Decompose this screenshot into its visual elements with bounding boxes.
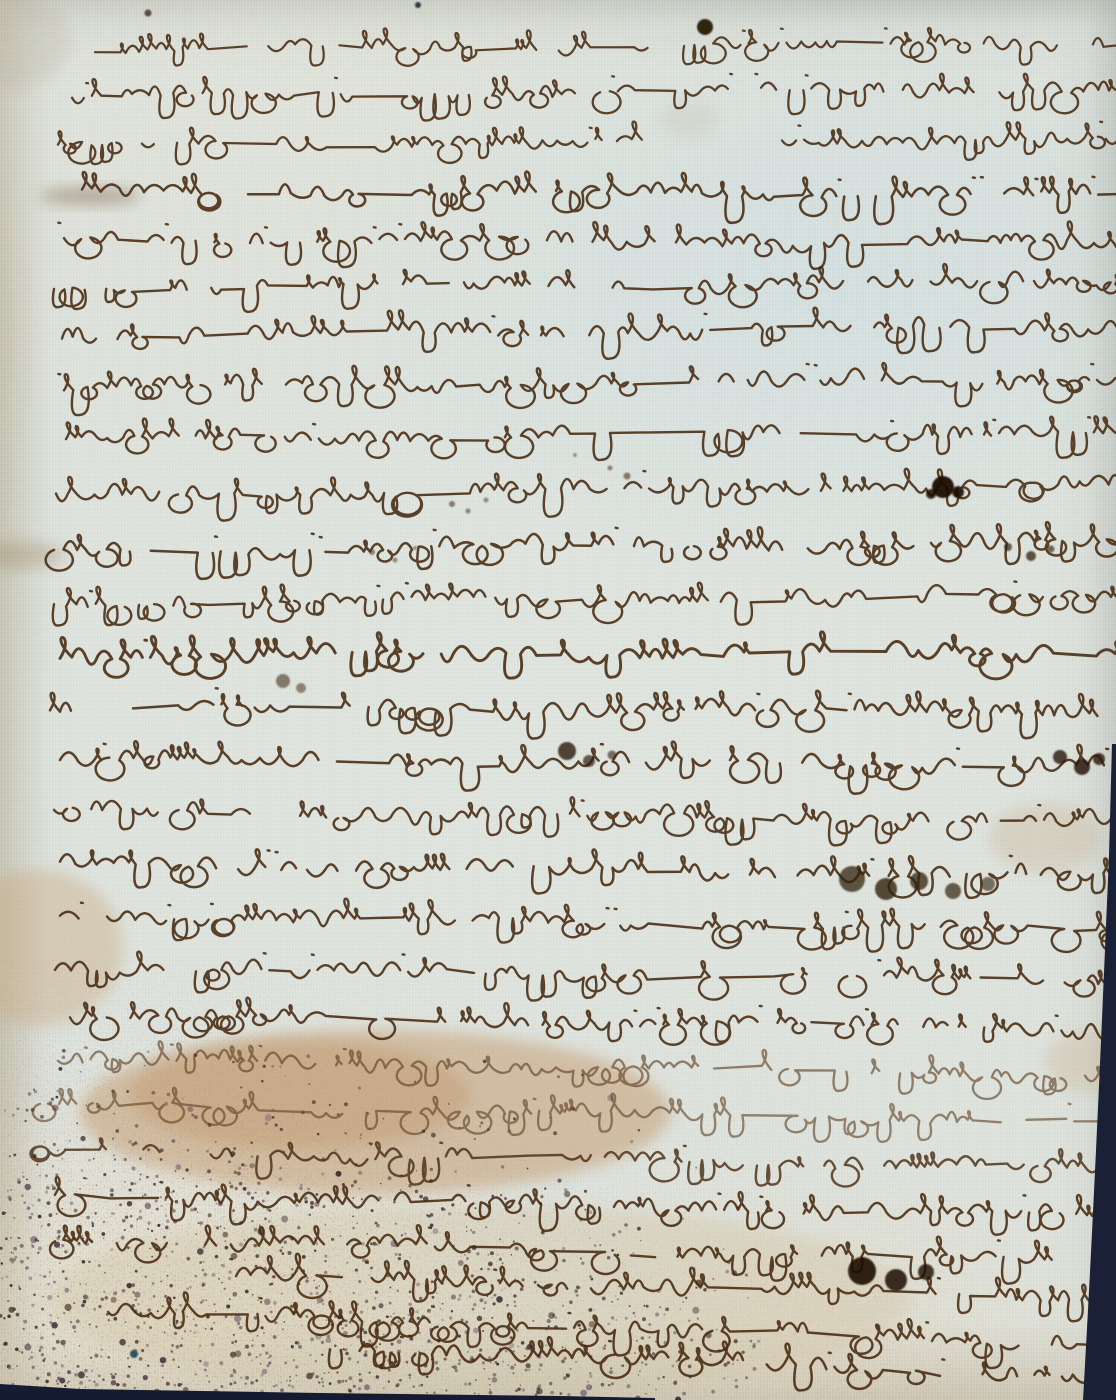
foxing-dot bbox=[342, 1380, 345, 1383]
foxing-dot bbox=[359, 1188, 361, 1190]
foxing-dot bbox=[64, 1385, 66, 1387]
foxing-dot bbox=[388, 1369, 391, 1372]
foxing-dot bbox=[349, 1390, 352, 1393]
foxing-dot bbox=[103, 1291, 104, 1292]
foxing-dot bbox=[197, 1211, 199, 1213]
foxing-dot bbox=[368, 1274, 370, 1276]
foxing-dot bbox=[113, 1155, 115, 1157]
foxing-dot bbox=[435, 1361, 438, 1364]
ink-blot bbox=[484, 498, 489, 503]
foxing-dot bbox=[480, 1122, 483, 1125]
foxing-dot bbox=[636, 1340, 638, 1342]
foxing-dot bbox=[488, 1356, 491, 1359]
foxing-dot bbox=[615, 1295, 616, 1296]
foxing-dot bbox=[161, 1205, 163, 1207]
foxing-dot bbox=[240, 1086, 242, 1088]
foxing-dot bbox=[479, 1125, 481, 1127]
foxing-dot bbox=[321, 1172, 324, 1175]
foxing-dot bbox=[155, 1200, 158, 1203]
foxing-dot bbox=[576, 1285, 580, 1289]
foxing-dot bbox=[553, 1131, 557, 1135]
ink-blot bbox=[558, 742, 576, 760]
foxing-dot bbox=[111, 1212, 114, 1215]
ink-blot bbox=[1093, 753, 1105, 765]
foxing-dot bbox=[143, 1322, 145, 1324]
foxing-dot bbox=[376, 1375, 379, 1378]
foxing-dot bbox=[53, 1143, 56, 1146]
foxing-dot bbox=[416, 1283, 420, 1287]
foxing-dot bbox=[359, 1378, 363, 1382]
foxing-dot bbox=[273, 1385, 275, 1387]
foxing-dot bbox=[146, 1176, 149, 1179]
foxing-dot bbox=[126, 1374, 130, 1378]
foxing-dot bbox=[611, 1301, 613, 1303]
foxing-dot bbox=[373, 1242, 377, 1246]
foxing-dot bbox=[483, 1307, 485, 1309]
foxing-dot bbox=[81, 1304, 85, 1308]
foxing-dot bbox=[685, 1297, 688, 1300]
foxing-dot bbox=[167, 1093, 171, 1097]
foxing-dot bbox=[214, 1225, 215, 1226]
foxing-dot bbox=[44, 1385, 45, 1386]
foxing-dot bbox=[318, 1381, 320, 1383]
foxing-dot bbox=[266, 1191, 269, 1194]
foxing-dot bbox=[9, 1155, 11, 1157]
foxing-dot bbox=[408, 1374, 411, 1377]
foxing-dot bbox=[310, 1205, 313, 1208]
foxing-dot bbox=[153, 1183, 156, 1186]
foxing-dot bbox=[230, 1185, 234, 1189]
foxing-dot bbox=[396, 1290, 398, 1292]
foxing-dot bbox=[128, 1345, 130, 1347]
foxing-dot bbox=[279, 1167, 282, 1170]
foxing-dot bbox=[431, 1280, 434, 1283]
foxing-dot bbox=[22, 1172, 24, 1174]
foxing-dot bbox=[474, 1138, 476, 1140]
foxing-dot bbox=[567, 1393, 570, 1396]
foxing-dot bbox=[345, 1380, 347, 1382]
foxing-dot bbox=[663, 1376, 665, 1378]
foxing-dot bbox=[364, 1353, 368, 1357]
foxing-dot bbox=[562, 1259, 566, 1263]
foxing-dot bbox=[588, 1328, 591, 1331]
foxing-dot bbox=[233, 1369, 235, 1371]
foxing-dot bbox=[649, 1336, 651, 1338]
foxing-dot bbox=[137, 1303, 139, 1305]
ink-blot bbox=[918, 1264, 934, 1280]
foxing-dot bbox=[225, 1315, 228, 1318]
foxing-dot bbox=[279, 1066, 281, 1068]
foxing-dot bbox=[336, 1171, 342, 1177]
foxing-dot bbox=[642, 1317, 646, 1321]
foxing-dot bbox=[277, 1207, 278, 1208]
foxing-dot bbox=[351, 1184, 354, 1187]
foxing-dot bbox=[609, 1370, 613, 1374]
foxing-dot bbox=[513, 1372, 515, 1374]
foxing-dot bbox=[645, 1363, 648, 1366]
foxing-dot bbox=[166, 1382, 170, 1386]
foxing-dot bbox=[85, 1386, 86, 1387]
foxing-dot bbox=[612, 1233, 616, 1237]
foxing-dot bbox=[309, 1213, 312, 1216]
foxing-dot bbox=[589, 1372, 591, 1374]
foxing-dot bbox=[645, 1393, 647, 1395]
foxing-dot bbox=[682, 1392, 686, 1396]
foxing-dot bbox=[570, 1368, 572, 1370]
foxing-dot bbox=[490, 1362, 492, 1364]
foxing-dot bbox=[499, 1238, 501, 1240]
foxing-dot bbox=[489, 1391, 493, 1395]
foxing-dot bbox=[39, 1346, 43, 1350]
foxing-dot bbox=[306, 1373, 313, 1380]
foxing-dot bbox=[637, 1227, 641, 1231]
foxing-dot bbox=[1, 1262, 4, 1265]
foxing-dot bbox=[607, 1256, 611, 1260]
foxing-dot bbox=[76, 1319, 80, 1323]
foxing-dot bbox=[750, 1340, 753, 1343]
foxing-dot bbox=[56, 1236, 59, 1239]
foxing-dot bbox=[119, 1203, 122, 1206]
ink-blot bbox=[415, 2, 421, 8]
foxing-dot bbox=[324, 1372, 326, 1374]
foxing-dot bbox=[445, 1389, 447, 1391]
foxing-dot bbox=[56, 1380, 58, 1382]
foxing-dot bbox=[41, 1225, 43, 1227]
foxing-dot bbox=[321, 1378, 323, 1380]
foxing-dot bbox=[42, 1324, 45, 1327]
foxing-dot bbox=[257, 1299, 259, 1301]
foxing-dot bbox=[61, 1364, 64, 1367]
foxing-dot bbox=[74, 1373, 77, 1376]
foxing-dot bbox=[584, 1190, 587, 1193]
foxing-dot bbox=[233, 1334, 235, 1336]
foxing-dot bbox=[42, 1296, 44, 1298]
foxing-dot bbox=[238, 1167, 241, 1170]
foxing-dot bbox=[281, 1246, 283, 1248]
foxing-dot bbox=[93, 1308, 96, 1311]
foxing-dot bbox=[98, 1374, 101, 1377]
ink-blot bbox=[466, 509, 471, 514]
foxing-dot bbox=[19, 1351, 21, 1353]
foxing-dot bbox=[266, 1364, 269, 1367]
foxing-dot bbox=[45, 1191, 48, 1194]
foxing-dot bbox=[652, 1352, 655, 1355]
foxing-dot bbox=[233, 1381, 236, 1384]
foxing-dot bbox=[648, 1323, 651, 1326]
foxing-dot bbox=[170, 1284, 173, 1287]
foxing-dot bbox=[126, 1090, 129, 1093]
foxing-dot bbox=[401, 1234, 403, 1236]
foxing-dot bbox=[49, 1271, 51, 1273]
foxing-dot bbox=[245, 1290, 249, 1294]
foxing-dot bbox=[524, 1355, 526, 1357]
foxing-dot bbox=[233, 1147, 236, 1150]
foxing-dot bbox=[716, 1329, 718, 1331]
foxing-dot bbox=[175, 1308, 178, 1311]
foxing-dot bbox=[389, 1287, 391, 1289]
foxing-dot bbox=[171, 1251, 173, 1253]
foxing-dot bbox=[187, 1149, 190, 1152]
foxing-dot bbox=[252, 1294, 254, 1296]
foxing-dot bbox=[697, 1318, 699, 1320]
foxing-dot bbox=[176, 1345, 180, 1349]
foxing-dot bbox=[279, 1178, 282, 1181]
foxing-dot bbox=[315, 1360, 317, 1362]
foxing-dot bbox=[58, 1067, 62, 1071]
foxing-dot bbox=[352, 1227, 355, 1230]
foxing-dot bbox=[44, 1358, 46, 1360]
foxing-dot bbox=[284, 1241, 287, 1244]
foxing-dot bbox=[355, 1268, 358, 1271]
foxing-dot bbox=[210, 1327, 213, 1330]
foxing-dot bbox=[104, 1272, 105, 1273]
foxing-dot bbox=[128, 1140, 132, 1144]
foxing-dot bbox=[11, 1252, 13, 1254]
manuscript-art-layer bbox=[0, 0, 1116, 1400]
foxing-dot bbox=[51, 1184, 53, 1186]
foxing-dot bbox=[186, 1287, 189, 1290]
foxing-dot bbox=[85, 1178, 87, 1180]
foxing-dot bbox=[371, 1209, 374, 1212]
foxing-dot bbox=[472, 1308, 475, 1311]
foxing-dot bbox=[122, 1219, 126, 1223]
foxing-dot bbox=[221, 1385, 224, 1388]
foxing-dot bbox=[712, 1278, 714, 1280]
foxing-dot bbox=[187, 1106, 193, 1112]
foxing-dot bbox=[127, 1357, 129, 1359]
foxing-dot bbox=[244, 1259, 246, 1261]
foxing-dot bbox=[557, 1075, 560, 1078]
foxing-dot bbox=[501, 1165, 504, 1168]
foxing-dot bbox=[91, 1370, 94, 1373]
foxing-dot bbox=[218, 1188, 220, 1190]
foxing-dot bbox=[312, 1100, 316, 1104]
foxing-dot bbox=[300, 1184, 303, 1187]
foxing-dot bbox=[147, 1051, 149, 1053]
foxing-dot bbox=[31, 1245, 34, 1248]
foxing-dot bbox=[135, 1340, 139, 1344]
foxing-dot bbox=[35, 1326, 38, 1329]
foxing-dot bbox=[279, 1249, 282, 1252]
foxing-dot bbox=[4, 1110, 6, 1112]
foxing-dot bbox=[291, 1385, 294, 1388]
foxing-dot bbox=[490, 1251, 494, 1255]
foxing-dot bbox=[558, 1179, 562, 1183]
foxing-dot bbox=[257, 1204, 259, 1206]
foxing-dot bbox=[632, 1312, 635, 1315]
foxing-dot bbox=[522, 1388, 526, 1392]
foxing-dot bbox=[409, 1257, 410, 1258]
foxing-dot bbox=[108, 1356, 111, 1359]
foxing-dot bbox=[436, 1367, 440, 1371]
ink-blot bbox=[885, 1269, 907, 1291]
foxing-dot bbox=[412, 1385, 415, 1388]
foxing-dot bbox=[185, 1168, 188, 1171]
foxing-dot bbox=[195, 1275, 198, 1278]
foxing-dot bbox=[130, 1215, 132, 1217]
foxing-dot bbox=[457, 1298, 460, 1301]
foxing-dot bbox=[147, 1308, 151, 1312]
foxing-dot bbox=[353, 1385, 356, 1388]
foxing-dot bbox=[515, 1247, 519, 1251]
foxing-dot bbox=[427, 1309, 431, 1313]
foxing-dot bbox=[615, 1319, 617, 1321]
foxing-dot bbox=[480, 1268, 483, 1271]
foxing-dot bbox=[101, 1298, 104, 1301]
foxing-dot bbox=[341, 1327, 344, 1330]
foxing-dot bbox=[501, 1289, 503, 1291]
foxing-dot bbox=[409, 1290, 412, 1293]
foxing-dot bbox=[39, 1175, 41, 1177]
foxing-dot bbox=[655, 1313, 659, 1317]
foxing-dot bbox=[272, 1116, 275, 1119]
foxing-dot bbox=[119, 1339, 126, 1346]
foxing-dot bbox=[210, 1179, 212, 1181]
foxing-dot bbox=[76, 1365, 79, 1368]
foxing-dot bbox=[659, 1306, 661, 1308]
foxing-dot bbox=[105, 1296, 108, 1299]
foxing-dot bbox=[408, 1303, 411, 1306]
foxing-dot bbox=[26, 1179, 28, 1181]
foxing-dot bbox=[47, 1201, 51, 1205]
foxing-dot bbox=[522, 1278, 525, 1281]
foxing-dot bbox=[352, 1197, 354, 1199]
foxing-dot bbox=[732, 1363, 734, 1365]
foxing-dot bbox=[284, 1274, 286, 1276]
foxing-dot bbox=[139, 1157, 142, 1160]
foxing-dot bbox=[514, 1301, 516, 1303]
foxing-dot bbox=[536, 1388, 542, 1394]
foxing-dot bbox=[641, 1336, 644, 1339]
foxing-dot bbox=[98, 1305, 101, 1308]
ink-blot bbox=[1026, 551, 1036, 561]
foxing-dot bbox=[520, 1385, 521, 1386]
foxing-dot bbox=[261, 1080, 264, 1083]
foxing-dot bbox=[714, 1290, 715, 1291]
foxing-dot bbox=[79, 1381, 83, 1385]
foxing-dot bbox=[539, 1363, 543, 1367]
foxing-dot bbox=[90, 1357, 92, 1359]
foxing-dot bbox=[638, 1374, 639, 1375]
foxing-dot bbox=[165, 1255, 167, 1257]
foxing-dot bbox=[625, 1317, 628, 1320]
foxing-dot bbox=[220, 1226, 222, 1228]
foxing-dot bbox=[262, 1200, 265, 1203]
foxing-dot bbox=[272, 1275, 275, 1278]
foxing-dot bbox=[93, 1158, 95, 1160]
foxing-dot bbox=[602, 1297, 606, 1301]
foxing-dot bbox=[194, 1331, 196, 1333]
foxing-dot bbox=[160, 1281, 162, 1283]
foxing-dot bbox=[497, 1254, 499, 1256]
foxing-dot bbox=[690, 1339, 693, 1342]
foxing-dot bbox=[489, 1384, 490, 1385]
foxing-dot bbox=[404, 1233, 406, 1235]
foxing-dot bbox=[24, 1120, 27, 1123]
foxing-dot bbox=[375, 1291, 378, 1294]
foxing-dot bbox=[175, 1242, 178, 1245]
foxing-dot bbox=[308, 1083, 310, 1085]
foxing-dot bbox=[11, 1261, 14, 1264]
foxing-dot bbox=[611, 1316, 614, 1319]
foxing-dot bbox=[646, 1305, 649, 1308]
foxing-dot bbox=[207, 1169, 211, 1173]
foxing-dot bbox=[393, 1313, 394, 1314]
foxing-dot bbox=[256, 1356, 258, 1358]
foxing-dot bbox=[143, 1375, 148, 1380]
foxing-dot bbox=[510, 1366, 514, 1370]
foxing-dot bbox=[144, 1065, 146, 1067]
foxing-dot bbox=[41, 1308, 44, 1311]
foxing-dot bbox=[638, 1129, 640, 1131]
foxing-dot bbox=[505, 1350, 508, 1353]
foxing-dot bbox=[336, 1371, 338, 1373]
foxing-dot bbox=[415, 1190, 419, 1194]
foxing-dot bbox=[200, 1301, 203, 1304]
foxing-dot bbox=[72, 1325, 76, 1329]
foxing-dot bbox=[10, 1284, 13, 1287]
foxing-dot bbox=[507, 1364, 509, 1366]
foxing-dot bbox=[307, 1188, 309, 1190]
foxing-dot bbox=[695, 1167, 697, 1169]
ink-blot bbox=[875, 878, 897, 900]
foxing-dot bbox=[467, 1351, 469, 1353]
foxing-dot bbox=[197, 1248, 204, 1255]
foxing-dot bbox=[488, 1261, 493, 1266]
foxing-dot bbox=[321, 1341, 324, 1344]
foxing-dot bbox=[383, 1118, 385, 1120]
foxing-dot bbox=[393, 1201, 395, 1203]
foxing-dot bbox=[240, 1377, 242, 1379]
foxing-dot bbox=[479, 1349, 483, 1353]
foxing-dot bbox=[259, 1353, 262, 1356]
foxing-dot bbox=[195, 1324, 198, 1327]
foxing-dot bbox=[399, 1379, 402, 1382]
foxing-dot bbox=[226, 1305, 230, 1309]
foxing-dot bbox=[313, 1280, 314, 1281]
foxing-dot bbox=[388, 1381, 390, 1383]
foxing-dot bbox=[164, 1332, 166, 1334]
foxing-dot bbox=[163, 1236, 166, 1239]
foxing-dot bbox=[83, 1177, 85, 1179]
foxing-dot bbox=[130, 1182, 133, 1185]
foxing-dot bbox=[648, 1384, 650, 1386]
foxing-dot bbox=[522, 1214, 525, 1217]
foxing-dot bbox=[284, 1321, 286, 1323]
foxing-dot bbox=[269, 1355, 272, 1358]
foxing-dot bbox=[81, 1169, 83, 1171]
foxing-dot bbox=[64, 1288, 69, 1293]
foxing-dot bbox=[295, 1375, 297, 1377]
foxing-dot bbox=[518, 1223, 519, 1224]
foxing-dot bbox=[52, 1186, 56, 1190]
foxing-dot bbox=[695, 1287, 697, 1289]
foxing-dot bbox=[190, 1330, 192, 1332]
foxing-dot bbox=[27, 1206, 31, 1210]
foxing-dot bbox=[657, 1377, 660, 1380]
foxing-dot bbox=[306, 1277, 308, 1279]
foxing-dot bbox=[564, 1188, 568, 1192]
foxing-dot bbox=[208, 1213, 212, 1217]
foxing-dot bbox=[237, 1322, 240, 1325]
foxing-dot bbox=[239, 1182, 243, 1186]
foxing-dot bbox=[194, 1115, 198, 1119]
foxing-dot bbox=[28, 1277, 32, 1281]
foxing-dot bbox=[319, 1285, 320, 1286]
foxing-dot bbox=[709, 1353, 712, 1356]
foxing-dot bbox=[16, 1313, 20, 1317]
foxing-dot bbox=[228, 1277, 231, 1280]
